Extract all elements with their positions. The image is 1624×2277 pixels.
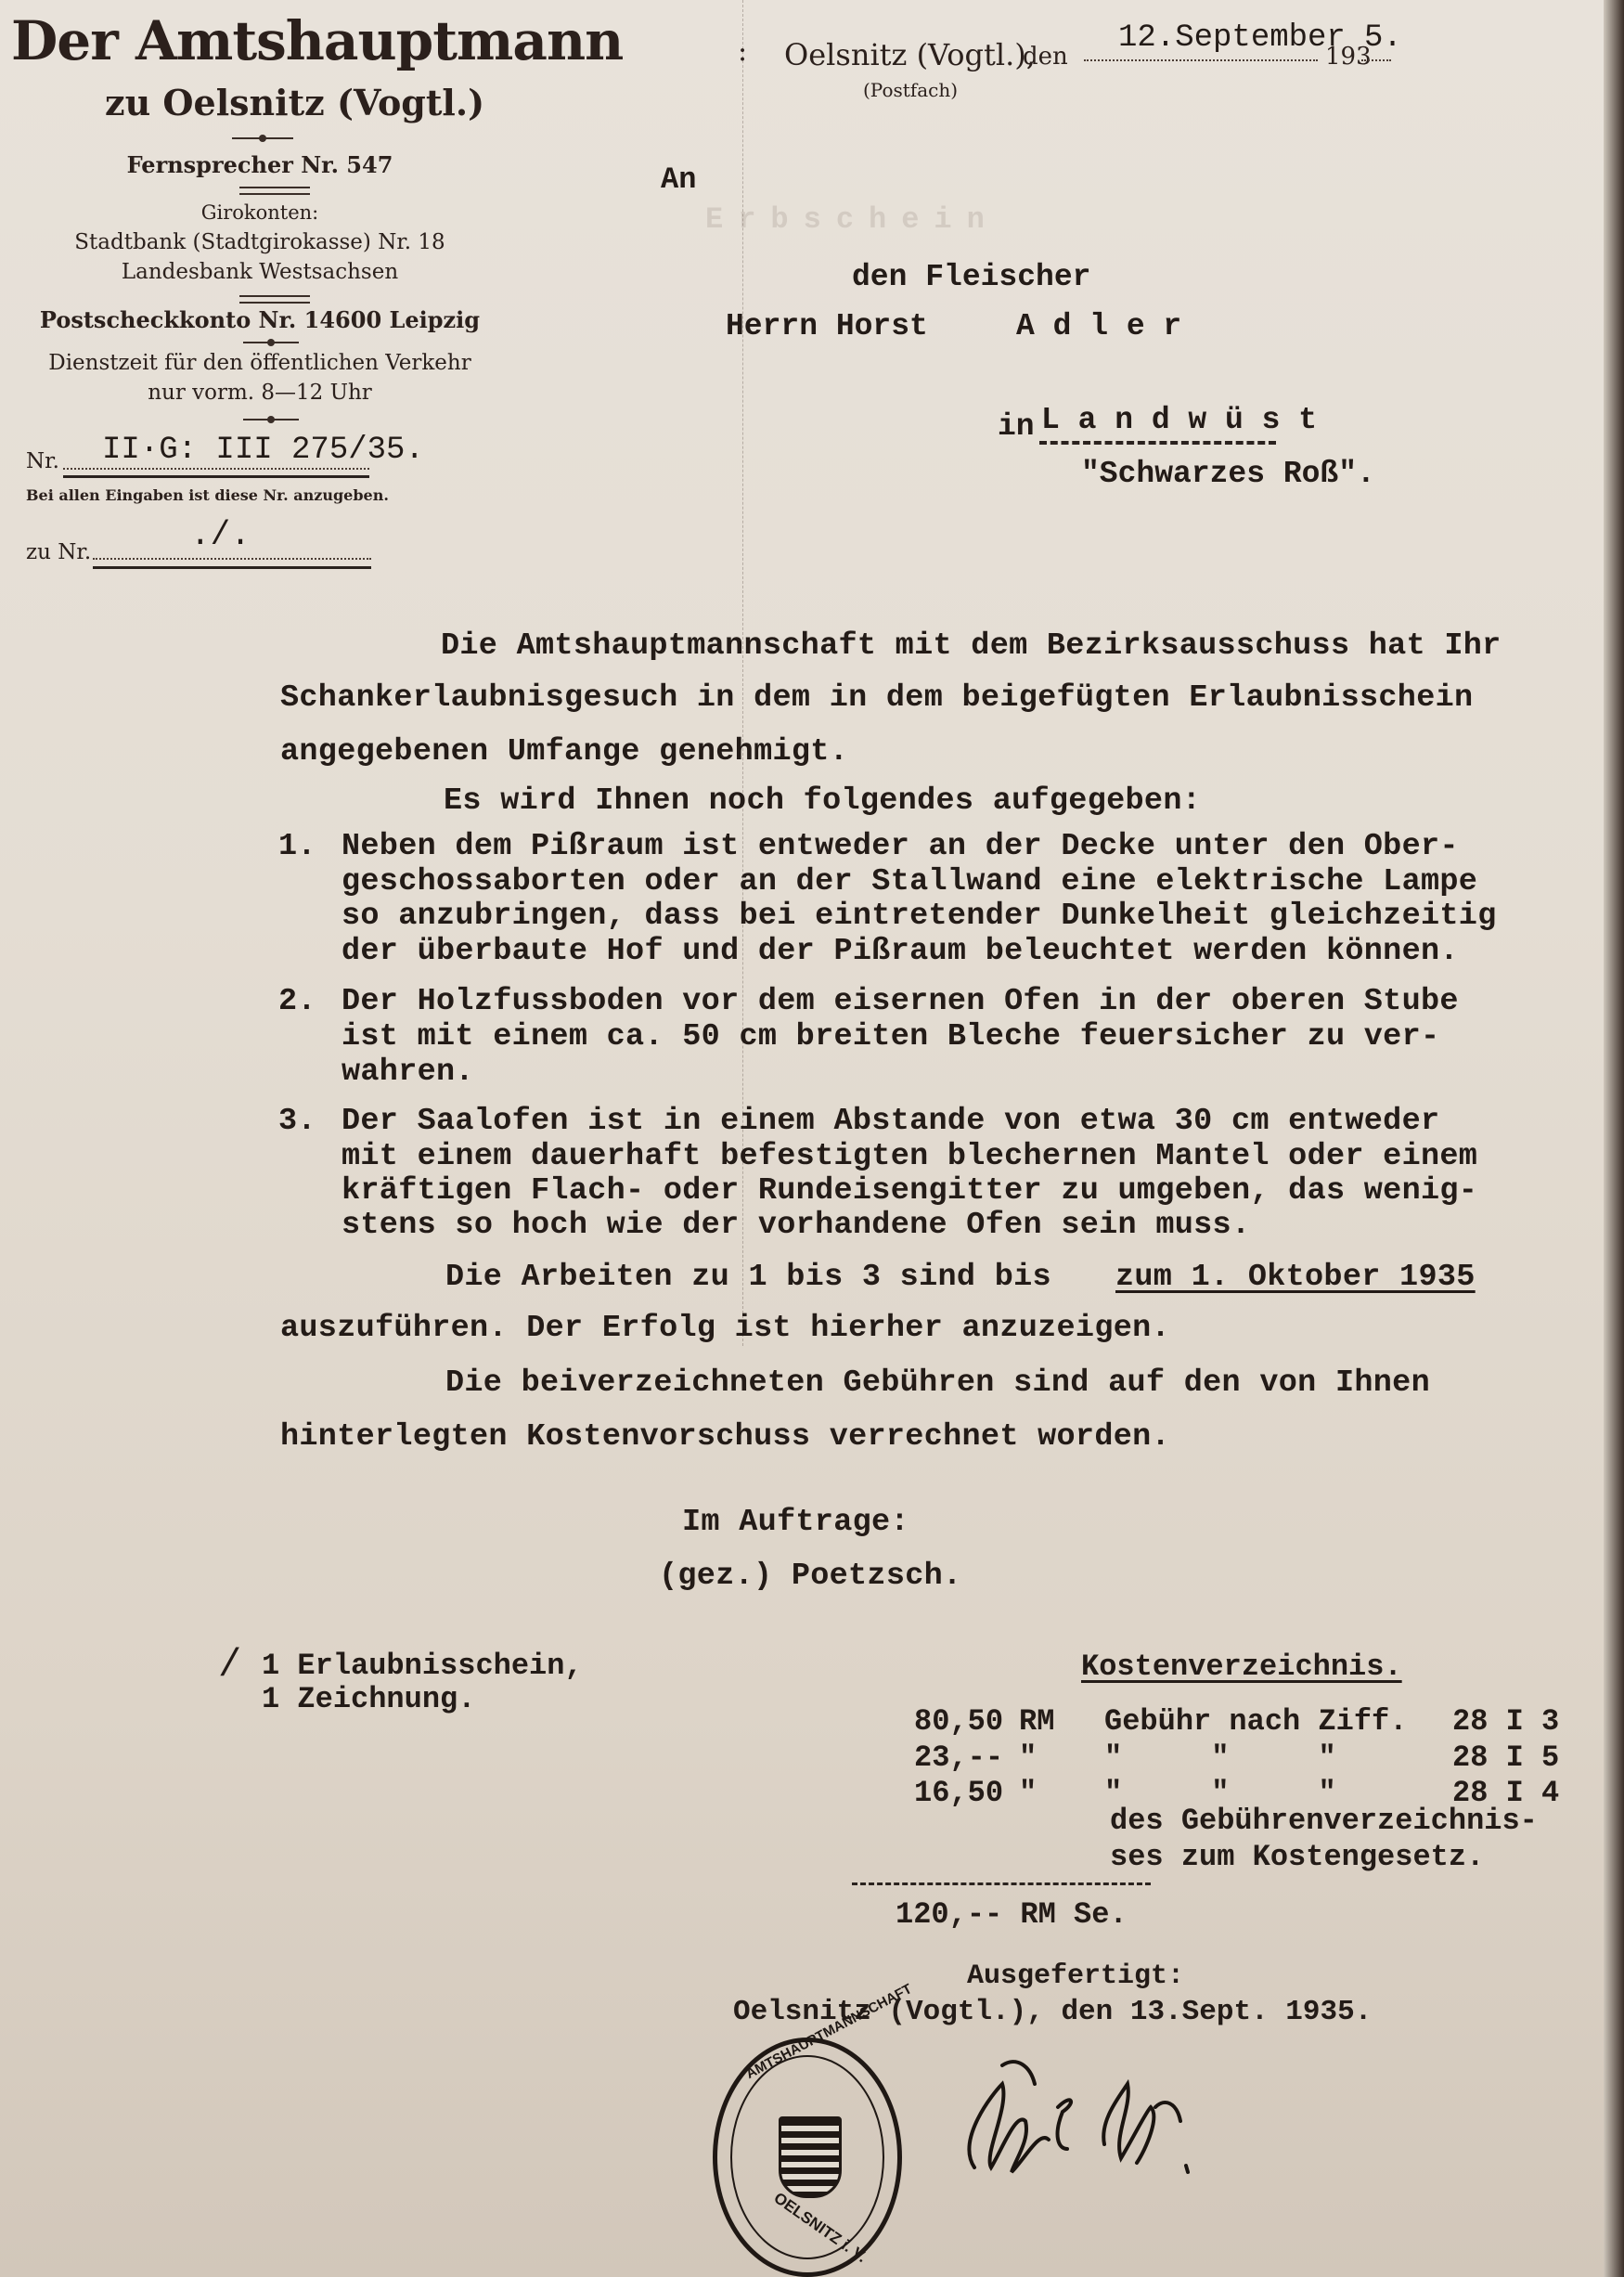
signed-name: (gez.) Poetzsch. [659, 1559, 961, 1594]
double-rule [239, 295, 310, 304]
recipient-surname: A d l e r [1016, 309, 1181, 343]
costs-heading: Kostenverzeichnis. [1081, 1650, 1402, 1684]
dateline-den: den [1023, 43, 1068, 71]
costs-note-2: ses zum Kostengesetz. [1110, 1840, 1484, 1874]
letterhead-title: Der Amtshauptmann [11, 9, 623, 72]
body-p1-line1: Die Amtshauptmannschaft mit dem Bezirksa… [441, 628, 1502, 664]
item-3-line2: mit einem dauerhaft befestigten blechern… [342, 1139, 1477, 1174]
im-auftrage: Im Auftrage: [682, 1505, 909, 1540]
recipient-line2-a: Herrn Horst [726, 309, 928, 343]
cost-unit: " [1019, 1776, 1037, 1810]
cost-ref: 28 I 3 [1452, 1704, 1559, 1739]
cost-amount: 80,50 [914, 1704, 1003, 1739]
office-hours: Dienstzeit für den öffentlichen Verkehr [0, 351, 520, 375]
costs-note-1: des Gebührenverzeichnis- [1110, 1804, 1538, 1838]
recipient-inn: "Schwarzes Roß". [1081, 457, 1375, 491]
deadline: zum 1. Oktober 1935 [1115, 1260, 1476, 1295]
body-p1-line3: angegebenen Umfange genehmigt. [280, 734, 848, 770]
zu-nr-dotted-line [93, 558, 371, 560]
body-p4-a: Die beiverzeichneten Gebühren sind auf d… [445, 1365, 1430, 1401]
cost-amount: 16,50 [914, 1776, 1003, 1810]
item-3-line3: kräftigen Flach- oder Rundeisengitter zu… [342, 1173, 1477, 1209]
dateline-colon: : [738, 35, 747, 68]
item-2-line3: wahren. [342, 1054, 474, 1090]
handwritten-signature-icon [937, 2056, 1244, 2195]
cost-unit: RM [1019, 1704, 1054, 1739]
sum-rule [852, 1882, 1151, 1885]
ref-rule [63, 475, 369, 478]
enclosure-2: 1 Zeichnung. [262, 1682, 475, 1716]
certification-label: Ausgefertigt: [967, 1960, 1184, 1992]
dateline-postfach: (Postfach) [863, 79, 958, 101]
dateline-place: Oelsnitz (Vogtl.), [784, 37, 1036, 72]
place-underline [1039, 441, 1276, 445]
ref-label: Nr. [26, 449, 59, 473]
ornament-divider [232, 136, 293, 141]
giro-stadtbank: Stadtbank (Stadtgirokasse) Nr. 18 [0, 230, 520, 254]
ornament-divider [243, 417, 299, 422]
item-3-num: 3. [278, 1104, 316, 1139]
zu-nr-value: ./. [190, 516, 251, 554]
reference-number: II·G: III 275/35. [102, 433, 424, 468]
body-p3-b: auszuführen. Der Erfolg ist hierher anzu… [280, 1311, 1170, 1346]
enclosure-1: 1 Erlaubnisschein, [262, 1649, 583, 1683]
body-p2: Es wird Ihnen noch folgendes aufgegeben: [444, 783, 1201, 819]
ref-note: Bei allen Eingaben ist diese Nr. anzugeb… [26, 486, 389, 504]
item-3-line4: stens so hoch wie der vorhandene Ofen se… [342, 1208, 1250, 1243]
cost-desc: " " " [1104, 1740, 1336, 1775]
item-1-num: 1. [278, 829, 316, 864]
item-2-num: 2. [278, 984, 316, 1019]
item-1-line4: der überbaute Hof und der Pißraum beleuc… [342, 934, 1459, 969]
saxony-coat-of-arms-icon [779, 2116, 842, 2198]
double-rule [239, 187, 310, 195]
giro-heading: Girokonten: [0, 201, 520, 224]
office-hours-time: nur vorm. 8—12 Uhr [0, 381, 520, 405]
year-dotted-line [1361, 59, 1391, 61]
letterhead-subtitle: zu Oelsnitz (Vogtl.) [105, 82, 484, 123]
date-dotted-line [1084, 59, 1318, 61]
recipient-an: An [661, 162, 696, 197]
item-3-line1: Der Saalofen ist in einem Abstande von e… [342, 1104, 1439, 1139]
item-1-line2: geschossaborten oder an der Stallwand ei… [342, 864, 1477, 899]
page-edge [1604, 0, 1624, 2277]
body-p3-a: Die Arbeiten zu 1 bis 3 sind bis [445, 1260, 1051, 1295]
official-seal: AMTSHAUPTMANNSCHAFT OELSNITZ i. V. [713, 2038, 902, 2277]
recipient-in: in [998, 409, 1035, 444]
year-suffix: 5. [1364, 20, 1402, 56]
ornament-divider [243, 340, 299, 345]
cost-ref: 28 I 5 [1452, 1740, 1559, 1775]
giro-landesbank: Landesbank Westsachsen [0, 260, 520, 284]
cost-amount: 23,-- [914, 1740, 1003, 1775]
ref-dotted-line [63, 468, 369, 470]
cost-unit: " [1019, 1740, 1037, 1775]
item-2-line1: Der Holzfussboden vor dem eisernen Ofen … [342, 984, 1459, 1019]
zu-nr-rule [93, 566, 371, 569]
body-p1-line2: Schankerlaubnisgesuch in dem in dem beig… [280, 680, 1473, 716]
cost-desc: Gebühr nach Ziff. [1104, 1704, 1407, 1739]
postcheck-account: Postscheckkonto Nr. 14600 Leipzig [0, 306, 520, 333]
item-1-line3: so anzubringen, dass bei eintretender Du… [342, 899, 1497, 934]
costs-total: 120,-- RM Se. [896, 1897, 1128, 1932]
body-p4-b: hinterlegten Kostenvorschuss verrechnet … [280, 1419, 1170, 1455]
bleed-through-text: Erbschein [705, 202, 999, 237]
item-1-line1: Neben dem Pißraum ist entweder an der De… [342, 829, 1459, 864]
recipient-place: L a n d w ü s t [1041, 403, 1317, 437]
enclosure-mark: / [218, 1643, 241, 1688]
letter-date: 12.September [1118, 20, 1346, 56]
item-2-line2: ist mit einem ca. 50 cm breiten Bleche f… [342, 1019, 1439, 1054]
recipient-line1: den Fleischer [852, 260, 1090, 294]
zu-nr-label: zu Nr. [26, 540, 91, 564]
phone-number: Fernsprecher Nr. 547 [0, 151, 520, 178]
